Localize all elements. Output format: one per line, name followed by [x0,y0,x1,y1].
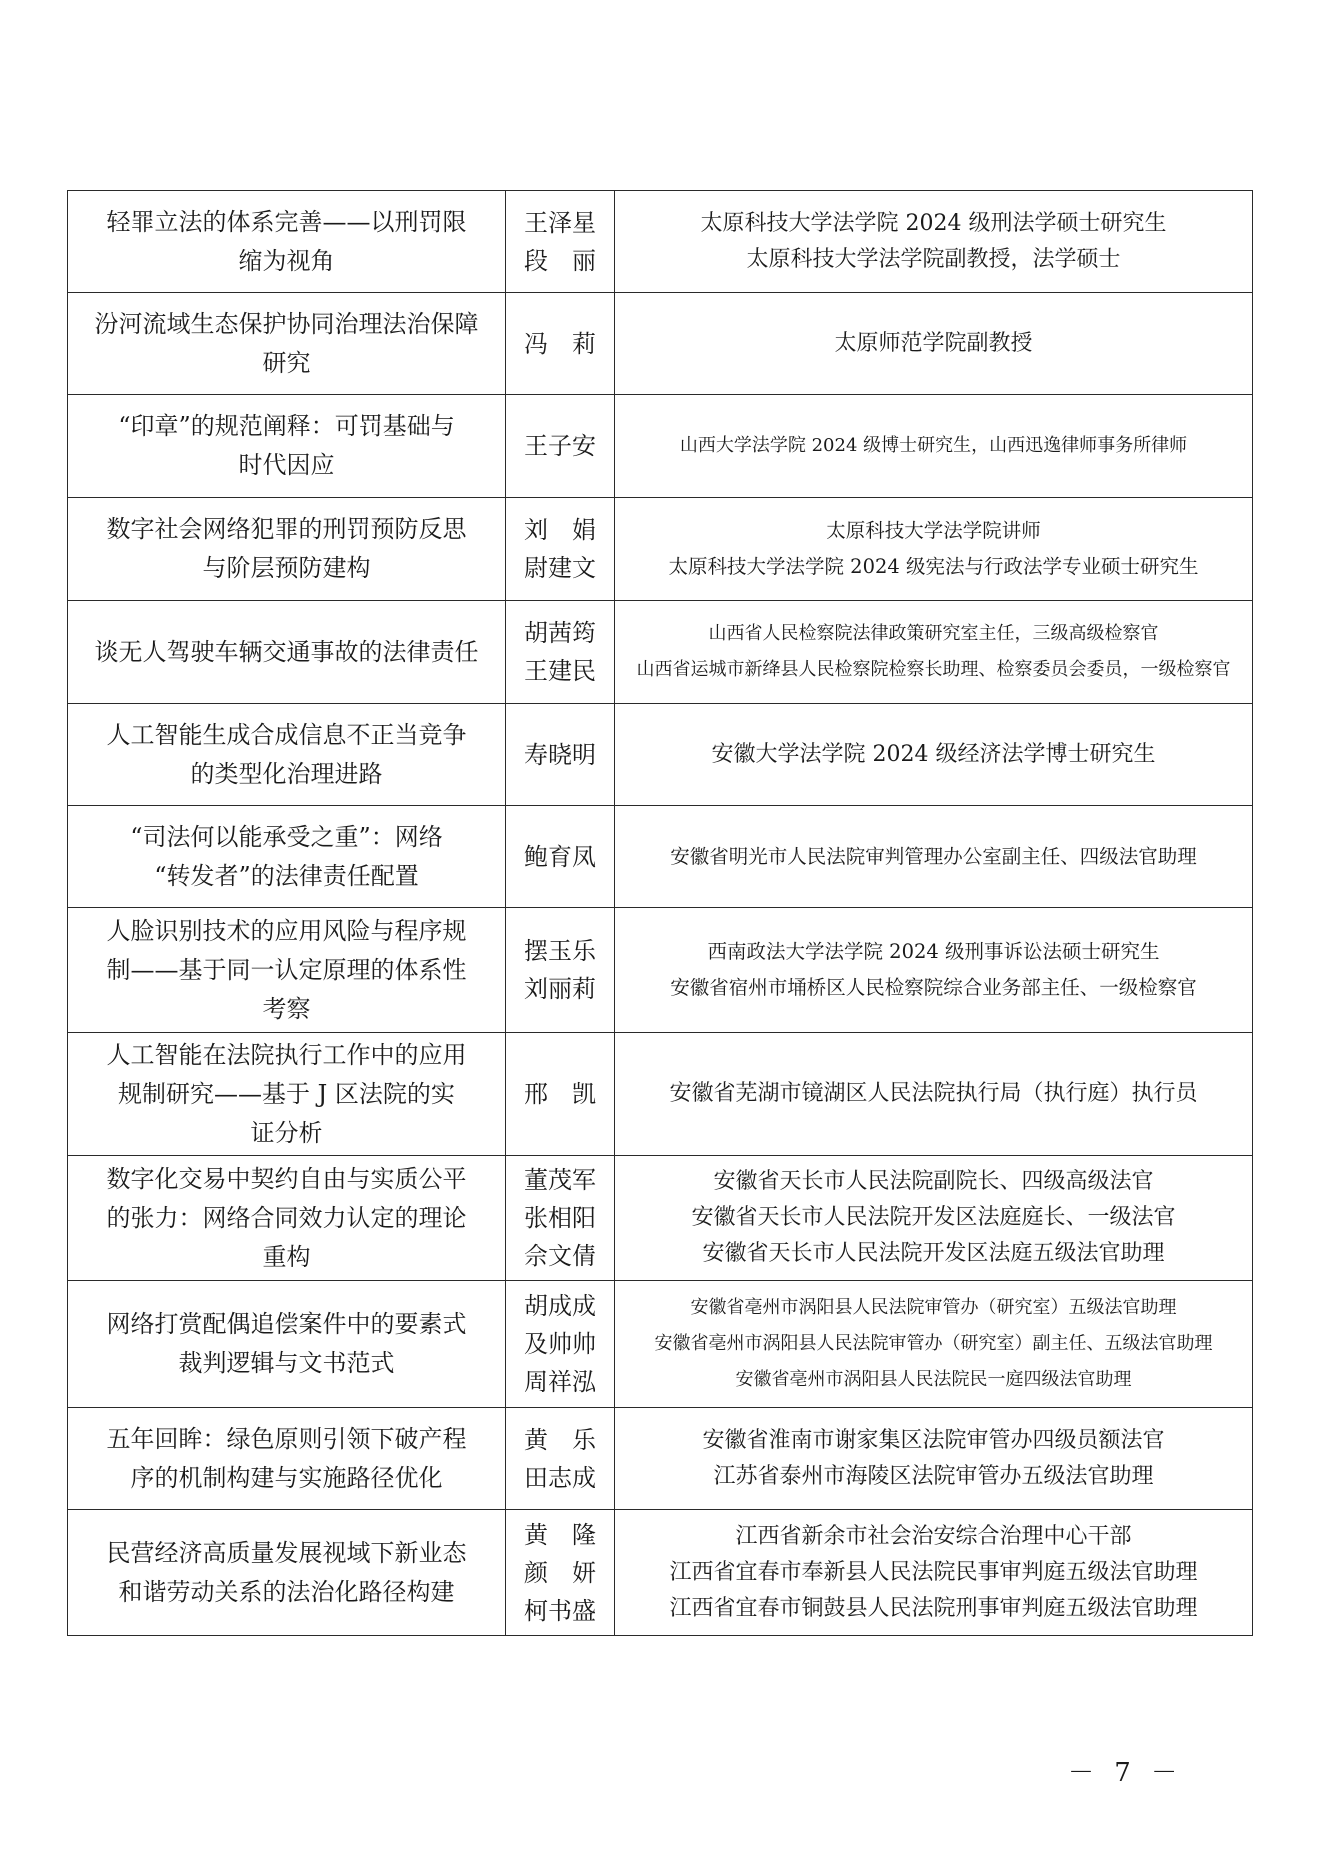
paper-title-line: 规制研究——基于 J 区法院的实 [74,1075,499,1114]
affiliation-line: 安徽省亳州市涡阳县人民法院审管办（研究室）副主任、五级法官助理 [621,1326,1246,1362]
author-name: 黄 乐 [512,1421,608,1459]
affiliation-cell: 安徽大学法学院 2024 级经济法学博士研究生 [615,704,1253,806]
author-cell: 董茂军张相阳佘文倩 [506,1156,615,1281]
author-name: 寿晓明 [512,736,608,774]
author-name: 胡茜筠 [512,614,608,652]
author-cell: 黄 乐田志成 [506,1408,615,1510]
author-cell: 寿晓明 [506,704,615,806]
author-name: 及帅帅 [512,1325,608,1363]
author-name: 王子安 [512,427,608,465]
paper-title-cell: 人工智能在法院执行工作中的应用规制研究——基于 J 区法院的实证分析 [68,1033,506,1156]
author-cell: 王子安 [506,395,615,498]
table-row: “司法何以能承受之重”：网络“转发者”的法律责任配置鲍育凤安徽省明光市人民法院审… [68,806,1253,908]
paper-title-line: “印章”的规范阐释：可罚基础与 [74,407,499,446]
affiliation-cell: 山西大学法学院 2024 级博士研究生，山西迅逸律师事务所律师 [615,395,1253,498]
affiliation-line: 安徽省芜湖市镜湖区人民法院执行局（执行庭）执行员 [621,1076,1246,1112]
paper-title-line: 制——基于同一认定原理的体系性 [74,951,499,990]
author-cell: 冯 莉 [506,293,615,395]
document-page: 轻罪立法的体系完善——以刑罚限缩为视角王泽星段 丽太原科技大学法学院 2024 … [0,0,1323,1871]
paper-title-cell: 五年回眸：绿色原则引领下破产程序的机制构建与实施路径优化 [68,1408,506,1510]
author-cell: 刘 娟尉建文 [506,498,615,601]
affiliation-cell: 太原科技大学法学院讲师太原科技大学法学院 2024 级宪法与行政法学专业硕士研究… [615,498,1253,601]
paper-title-line: 证分析 [74,1114,499,1153]
paper-title-line: 的张力：网络合同效力认定的理论 [74,1199,499,1238]
affiliation-line: 安徽省亳州市涡阳县人民法院民一庭四级法官助理 [621,1362,1246,1398]
affiliation-cell: 安徽省明光市人民法院审判管理办公室副主任、四级法官助理 [615,806,1253,908]
author-cell: 邢 凯 [506,1033,615,1156]
author-cell: 胡成成及帅帅周祥泓 [506,1281,615,1408]
author-cell: 胡茜筠王建民 [506,601,615,704]
affiliation-line: 安徽大学法学院 2024 级经济法学博士研究生 [621,737,1246,773]
table-row: 谈无人驾驶车辆交通事故的法律责任胡茜筠王建民山西省人民检察院法律政策研究室主任，… [68,601,1253,704]
paper-title-line: 人脸识别技术的应用风险与程序规 [74,912,499,951]
author-name: 王建民 [512,652,608,690]
author-name: 段 丽 [512,242,608,280]
table-row: 轻罪立法的体系完善——以刑罚限缩为视角王泽星段 丽太原科技大学法学院 2024 … [68,191,1253,293]
author-name: 邢 凯 [512,1075,608,1113]
paper-title-cell: 数字化交易中契约自由与实质公平的张力：网络合同效力认定的理论重构 [68,1156,506,1281]
affiliation-line: 江西省宜春市铜鼓县人民法院刑事审判庭五级法官助理 [621,1591,1246,1627]
paper-title-line: 的类型化治理进路 [74,755,499,794]
affiliation-cell: 安徽省天长市人民法院副院长、四级高级法官安徽省天长市人民法院开发区法庭庭长、一级… [615,1156,1253,1281]
affiliation-cell: 安徽省亳州市涡阳县人民法院审管办（研究室）五级法官助理安徽省亳州市涡阳县人民法院… [615,1281,1253,1408]
affiliation-cell: 安徽省芜湖市镜湖区人民法院执行局（执行庭）执行员 [615,1033,1253,1156]
affiliation-line: 太原科技大学法学院副教授，法学硕士 [621,242,1246,278]
author-name: 佘文倩 [512,1237,608,1275]
paper-title-cell: “印章”的规范阐释：可罚基础与时代因应 [68,395,506,498]
affiliation-line: 江西省新余市社会治安综合治理中心干部 [621,1519,1246,1555]
table-row: 网络打赏配偶追偿案件中的要素式裁判逻辑与文书范式胡成成及帅帅周祥泓安徽省亳州市涡… [68,1281,1253,1408]
author-name: 田志成 [512,1459,608,1497]
paper-title-line: “转发者”的法律责任配置 [74,857,499,896]
affiliation-line: 江西省宜春市奉新县人民法院民事审判庭五级法官助理 [621,1555,1246,1591]
paper-list-body: 轻罪立法的体系完善——以刑罚限缩为视角王泽星段 丽太原科技大学法学院 2024 … [68,191,1253,1636]
author-name: 刘丽莉 [512,970,608,1008]
affiliation-line: 山西省人民检察院法律政策研究室主任，三级高级检察官 [621,616,1246,652]
affiliation-cell: 太原师范学院副教授 [615,293,1253,395]
author-cell: 王泽星段 丽 [506,191,615,293]
paper-title-line: 谈无人驾驶车辆交通事故的法律责任 [74,633,499,672]
paper-title-cell: 谈无人驾驶车辆交通事故的法律责任 [68,601,506,704]
table-row: 人工智能在法院执行工作中的应用规制研究——基于 J 区法院的实证分析邢 凯安徽省… [68,1033,1253,1156]
affiliation-cell: 山西省人民检察院法律政策研究室主任，三级高级检察官山西省运城市新绛县人民检察院检… [615,601,1253,704]
paper-title-line: 重构 [74,1238,499,1277]
affiliation-line: 安徽省淮南市谢家集区法院审管办四级员额法官 [621,1423,1246,1459]
author-name: 黄 隆 [512,1516,608,1554]
paper-title-cell: 人脸识别技术的应用风险与程序规制——基于同一认定原理的体系性考察 [68,908,506,1033]
paper-title-line: 五年回眸：绿色原则引领下破产程 [74,1420,499,1459]
paper-title-line: 裁判逻辑与文书范式 [74,1344,499,1383]
affiliation-line: 太原科技大学法学院讲师 [621,513,1246,549]
paper-title-line: 人工智能在法院执行工作中的应用 [74,1036,499,1075]
author-name: 柯书盛 [512,1592,608,1630]
author-cell: 黄 隆颜 妍柯书盛 [506,1510,615,1636]
table-row: 五年回眸：绿色原则引领下破产程序的机制构建与实施路径优化黄 乐田志成安徽省淮南市… [68,1408,1253,1510]
author-cell: 鲍育凤 [506,806,615,908]
paper-title-line: 缩为视角 [74,242,499,281]
author-name: 刘 娟 [512,511,608,549]
author-name: 鲍育凤 [512,838,608,876]
paper-title-line: 序的机制构建与实施路径优化 [74,1459,499,1498]
table-row: 汾河流域生态保护协同治理法治保障研究冯 莉太原师范学院副教授 [68,293,1253,395]
affiliation-line: 太原科技大学法学院 2024 级宪法与行政法学专业硕士研究生 [621,549,1246,585]
affiliation-line: 山西省运城市新绛县人民检察院检察长助理、检察委员会委员，一级检察官 [621,652,1246,688]
paper-title-line: 轻罪立法的体系完善——以刑罚限 [74,203,499,242]
affiliation-line: 安徽省天长市人民法院副院长、四级高级法官 [621,1164,1246,1200]
affiliation-line: 安徽省天长市人民法院开发区法庭五级法官助理 [621,1236,1246,1272]
table-row: “印章”的规范阐释：可罚基础与时代因应王子安山西大学法学院 2024 级博士研究… [68,395,1253,498]
paper-title-line: 民营经济高质量发展视域下新业态 [74,1534,499,1573]
author-cell: 摆玉乐刘丽莉 [506,908,615,1033]
affiliation-cell: 西南政法大学法学院 2024 级刑事诉讼法硕士研究生安徽省宿州市埇桥区人民检察院… [615,908,1253,1033]
table-row: 数字化交易中契约自由与实质公平的张力：网络合同效力认定的理论重构董茂军张相阳佘文… [68,1156,1253,1281]
author-name: 王泽星 [512,204,608,242]
paper-title-line: 与阶层预防建构 [74,549,499,588]
paper-title-cell: 民营经济高质量发展视域下新业态和谐劳动关系的法治化路径构建 [68,1510,506,1636]
affiliation-cell: 太原科技大学法学院 2024 级刑法学硕士研究生太原科技大学法学院副教授，法学硕… [615,191,1253,293]
affiliation-line: 安徽省明光市人民法院审判管理办公室副主任、四级法官助理 [621,839,1246,875]
paper-list-table: 轻罪立法的体系完善——以刑罚限缩为视角王泽星段 丽太原科技大学法学院 2024 … [67,190,1253,1636]
affiliation-line: 安徽省宿州市埇桥区人民检察院综合业务部主任、一级检察官 [621,970,1246,1006]
paper-title-cell: 轻罪立法的体系完善——以刑罚限缩为视角 [68,191,506,293]
table-row: 民营经济高质量发展视域下新业态和谐劳动关系的法治化路径构建黄 隆颜 妍柯书盛江西… [68,1510,1253,1636]
table-row: 人脸识别技术的应用风险与程序规制——基于同一认定原理的体系性考察摆玉乐刘丽莉西南… [68,908,1253,1033]
affiliation-cell: 江西省新余市社会治安综合治理中心干部江西省宜春市奉新县人民法院民事审判庭五级法官… [615,1510,1253,1636]
affiliation-line: 安徽省天长市人民法院开发区法庭庭长、一级法官 [621,1200,1246,1236]
author-name: 冯 莉 [512,325,608,363]
paper-title-line: 人工智能生成合成信息不正当竞争 [74,716,499,755]
paper-title-line: 数字社会网络犯罪的刑罚预防反思 [74,510,499,549]
author-name: 周祥泓 [512,1363,608,1401]
author-name: 董茂军 [512,1161,608,1199]
paper-title-line: 和谐劳动关系的法治化路径构建 [74,1573,499,1612]
paper-title-line: 汾河流域生态保护协同治理法治保障 [74,305,499,344]
affiliation-line: 安徽省亳州市涡阳县人民法院审管办（研究室）五级法官助理 [621,1290,1246,1326]
paper-title-cell: 汾河流域生态保护协同治理法治保障研究 [68,293,506,395]
paper-title-line: 时代因应 [74,446,499,485]
paper-title-line: 考察 [74,990,499,1029]
paper-title-cell: 人工智能生成合成信息不正当竞争的类型化治理进路 [68,704,506,806]
affiliation-line: 太原师范学院副教授 [621,326,1246,362]
paper-title-line: “司法何以能承受之重”：网络 [74,818,499,857]
table-row: 人工智能生成合成信息不正当竞争的类型化治理进路寿晓明安徽大学法学院 2024 级… [68,704,1253,806]
author-name: 胡成成 [512,1287,608,1325]
author-name: 摆玉乐 [512,932,608,970]
affiliation-line: 太原科技大学法学院 2024 级刑法学硕士研究生 [621,206,1246,242]
paper-title-cell: 数字社会网络犯罪的刑罚预防反思与阶层预防建构 [68,498,506,601]
affiliation-cell: 安徽省淮南市谢家集区法院审管办四级员额法官江苏省泰州市海陵区法院审管办五级法官助… [615,1408,1253,1510]
table-row: 数字社会网络犯罪的刑罚预防反思与阶层预防建构刘 娟尉建文太原科技大学法学院讲师太… [68,498,1253,601]
paper-title-cell: “司法何以能承受之重”：网络“转发者”的法律责任配置 [68,806,506,908]
paper-title-line: 网络打赏配偶追偿案件中的要素式 [74,1305,499,1344]
affiliation-line: 江苏省泰州市海陵区法院审管办五级法官助理 [621,1459,1246,1495]
affiliation-line: 山西大学法学院 2024 级博士研究生，山西迅逸律师事务所律师 [621,428,1246,464]
author-name: 张相阳 [512,1199,608,1237]
page-number: － 7 － [1068,1752,1183,1789]
affiliation-line: 西南政法大学法学院 2024 级刑事诉讼法硕士研究生 [621,934,1246,970]
paper-title-line: 数字化交易中契约自由与实质公平 [74,1160,499,1199]
paper-title-line: 研究 [74,344,499,383]
author-name: 尉建文 [512,549,608,587]
paper-title-cell: 网络打赏配偶追偿案件中的要素式裁判逻辑与文书范式 [68,1281,506,1408]
author-name: 颜 妍 [512,1554,608,1592]
